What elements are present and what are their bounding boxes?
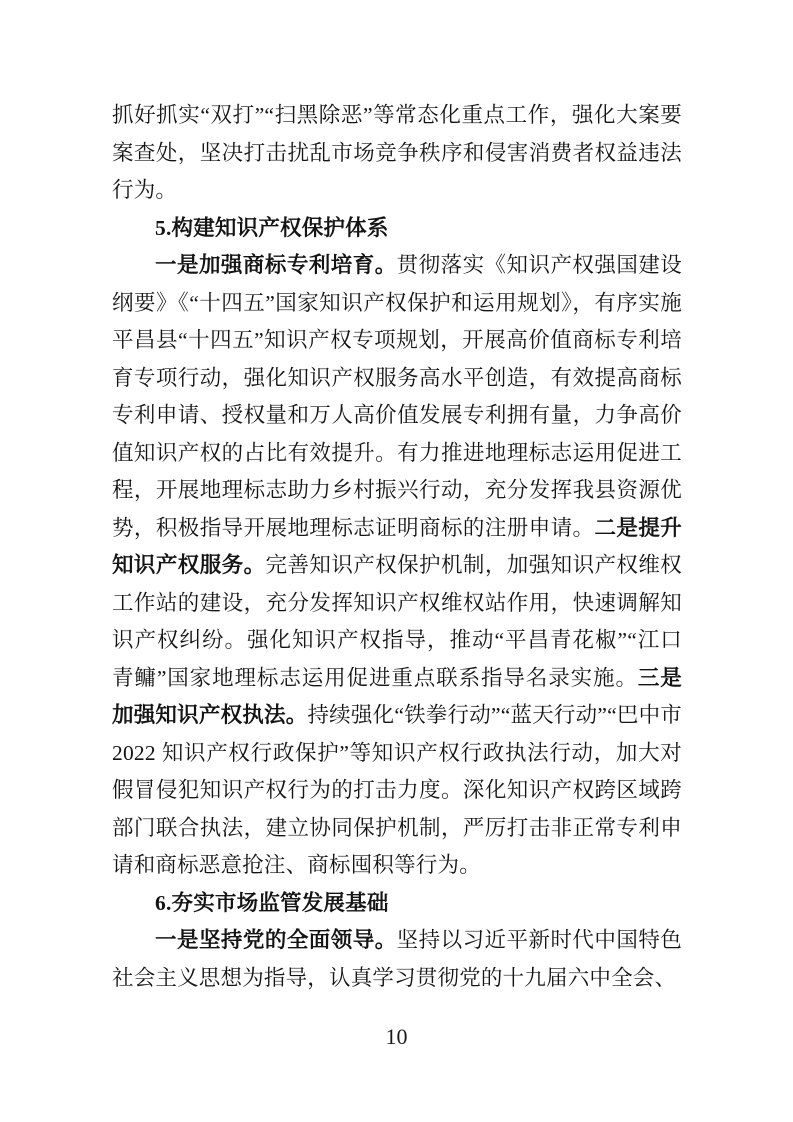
paragraph: 一是加强商标专利培育。贯彻落实《知识产权强国建设纲要》《“十四五”国家知识产权保… [112, 247, 682, 885]
bold-text-segment: 6.夯实市场监管发展基础 [155, 891, 389, 915]
text-segment: 抓好抓实“双打”“扫黑除恶”等常态化重点工作，强化大案要案查处，坚决打击扰乱市场… [112, 103, 682, 202]
paragraph: 一是坚持党的全面领导。坚持以习近平新时代中国特色社会主义思想为指导，认真学习贯彻… [112, 922, 682, 997]
document-body: 抓好抓实“双打”“扫黑除恶”等常态化重点工作，强化大案要案查处，坚决打击扰乱市场… [112, 97, 682, 997]
section-heading: 5.构建知识产权保护体系 [112, 210, 682, 248]
page-number: 10 [0, 1022, 793, 1052]
bold-text-segment: 5.构建知识产权保护体系 [155, 216, 389, 240]
text-segment: 贯彻落实《知识产权强国建设纲要》《“十四五”国家知识产权保护和运用规划》，有序实… [112, 253, 682, 540]
section-heading: 6.夯实市场监管发展基础 [112, 885, 682, 923]
bold-text-segment: 一是坚持党的全面领导。 [155, 928, 397, 952]
text-segment: 持续强化“铁拳行动”“蓝天行动”“巴中市 2022 知识产权行政保护”等知识产权… [112, 703, 682, 877]
paragraph: 抓好抓实“双打”“扫黑除恶”等常态化重点工作，强化大案要案查处，坚决打击扰乱市场… [112, 97, 682, 210]
bold-text-segment: 一是加强商标专利培育。 [155, 253, 397, 277]
document-page: 抓好抓实“双打”“扫黑除恶”等常态化重点工作，强化大案要案查处，坚决打击扰乱市场… [0, 0, 793, 1122]
